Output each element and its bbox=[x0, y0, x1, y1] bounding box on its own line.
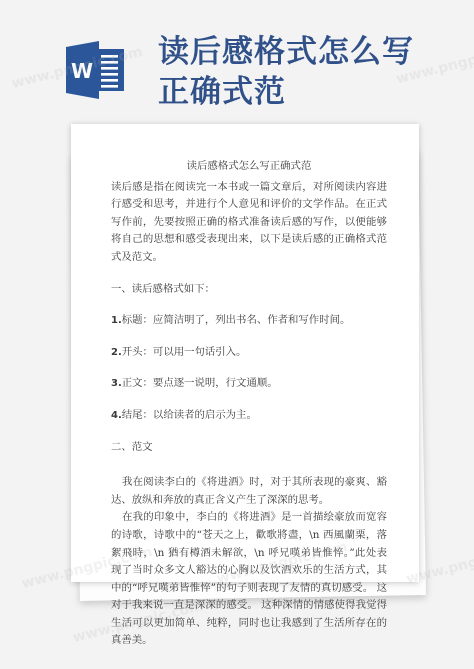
title-line-1: 读后感格式怎么写 bbox=[158, 32, 414, 72]
format-item-1: 1.标题：应简洁明了，列出书名、作者和写作时间。 bbox=[111, 312, 387, 330]
sample-paragraph-1: 我在阅读李白的《将进酒》时，对于其所表现的豪爽、豁达、放纵和奔放的真正含义产生了… bbox=[111, 474, 387, 509]
document-page: 读后感格式怎么写正确式范 读后感是指在阅读完一本书或一篇文章后，对所阅读内容进行… bbox=[71, 124, 419, 582]
page-title: 读后感格式怎么写 正确式范 bbox=[158, 32, 414, 112]
section-heading-sample: 二、范文 bbox=[111, 439, 387, 457]
section-heading-format: 一、读后感格式如下： bbox=[111, 281, 387, 299]
intro-paragraph: 读后感是指在阅读完一本书或一篇文章后，对所阅读内容进行感受和思考，并进行个人意见… bbox=[111, 179, 387, 267]
format-item-3: 3.正文：要点逐一说明，行文通顺。 bbox=[111, 375, 387, 393]
sample-paragraph-2: 在我的印象中，李白的《将进酒》是一首描绘豪放而宽容的诗歌，诗歌中的“苍天之上，歡… bbox=[111, 509, 387, 650]
format-item-4: 4.结尾：以给读者的启示为主。 bbox=[111, 407, 387, 425]
title-line-2: 正确式范 bbox=[158, 72, 414, 112]
document-body: 读后感格式怎么写正确式范 读后感是指在阅读完一本书或一篇文章后，对所阅读内容进行… bbox=[111, 158, 387, 650]
microsoft-word-icon: W bbox=[66, 41, 128, 99]
document-title: 读后感格式怎么写正确式范 bbox=[111, 158, 387, 176]
svg-text:W: W bbox=[71, 59, 93, 83]
header: W 读后感格式怎么写 正确式范 bbox=[0, 0, 474, 120]
format-item-2: 2.开头：可以用一句话引入。 bbox=[111, 344, 387, 362]
